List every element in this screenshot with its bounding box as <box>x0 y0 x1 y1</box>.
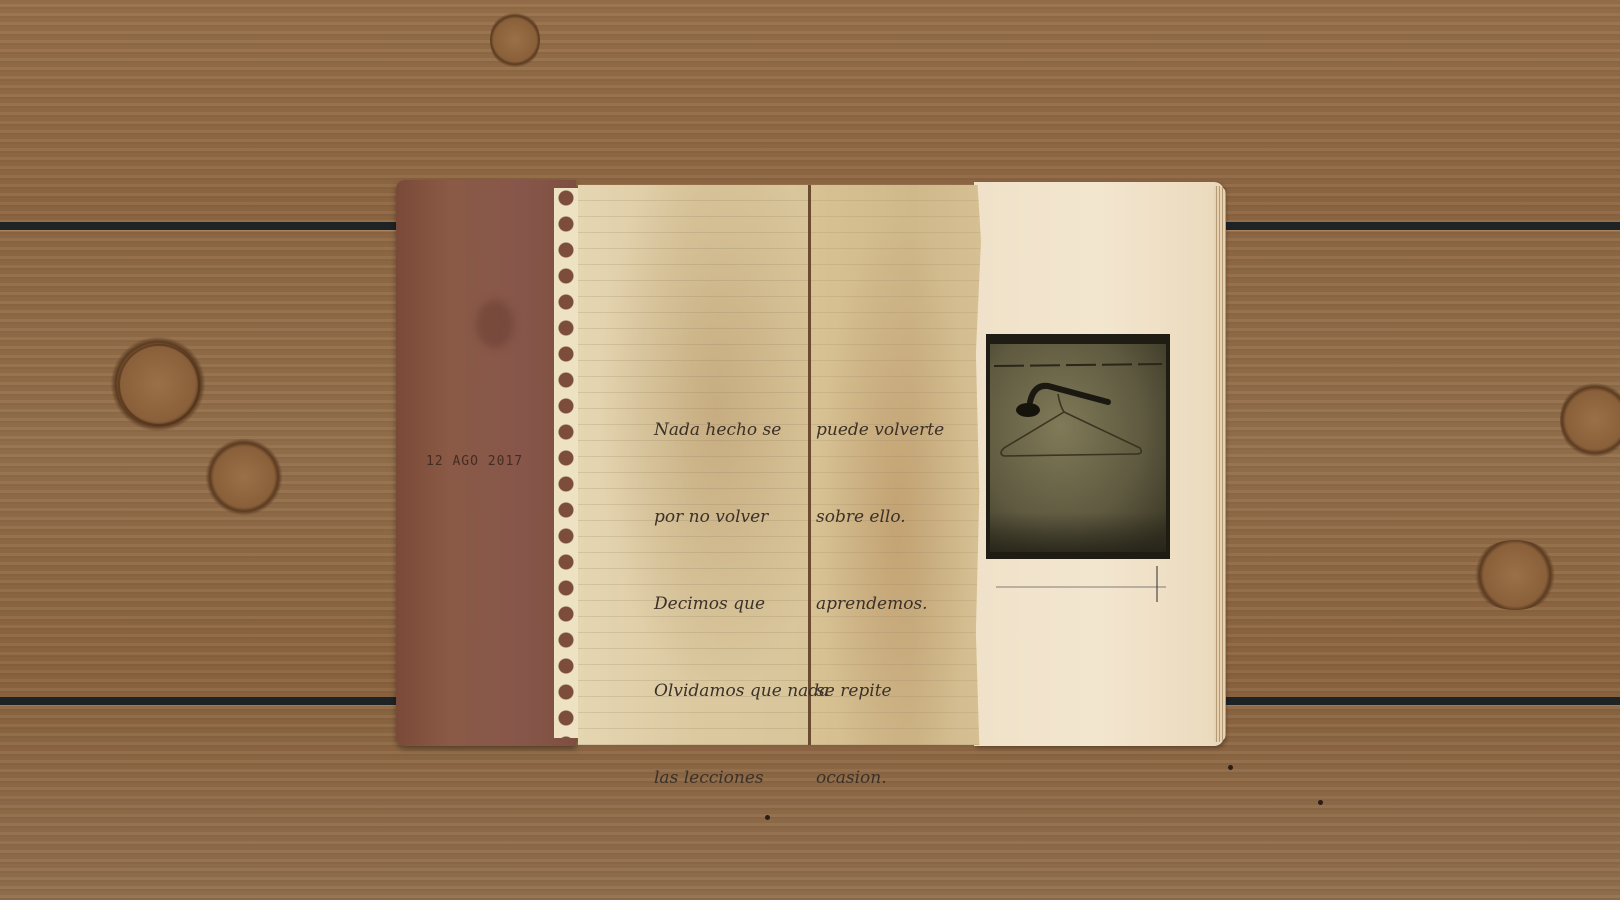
handwriting-left: Nada hecho se por no volver Decimos que … <box>654 358 829 851</box>
wood-knot <box>490 10 540 70</box>
cover-stain <box>476 300 514 348</box>
torn-perforation-edge <box>554 188 578 738</box>
coat-hanger-icon <box>1001 394 1141 456</box>
handwritten-line: Olvidamos que nada <box>654 677 829 706</box>
photo-image <box>990 344 1166 552</box>
handwritten-line: sobre ello. <box>816 503 944 532</box>
date-stamp: 12 AGO 2017 <box>426 454 523 469</box>
photo-shadow <box>990 512 1166 552</box>
handwritten-line: ocasion. <box>816 764 944 793</box>
pencil-mark <box>996 586 1166 588</box>
page-stack-edge <box>1214 186 1226 742</box>
pencil-tick <box>1156 566 1158 602</box>
polaroid-photo <box>986 334 1170 559</box>
wood-knot-ring <box>118 344 200 426</box>
wood-knot <box>1470 540 1560 610</box>
handwriting-right: puede volverte sobre ello. aprendemos. s… <box>816 358 944 851</box>
handwritten-line: las lecciones <box>654 764 829 793</box>
handwritten-line: puede volverte <box>816 416 944 445</box>
handwritten-line: Decimos que <box>654 590 829 619</box>
open-notebook: 12 AGO 2017 Nada hecho se por no volver … <box>396 180 1238 748</box>
handwritten-line: aprendemos. <box>816 590 944 619</box>
notebook-cover: 12 AGO 2017 <box>396 180 576 746</box>
handwritten-line: se repite <box>816 677 944 706</box>
wood-knot <box>205 438 283 516</box>
handwritten-line: por no volver <box>654 503 829 532</box>
handwritten-line: Nada hecho se <box>654 416 829 445</box>
nail-hole <box>1318 800 1323 805</box>
nail-hole <box>1228 765 1233 770</box>
